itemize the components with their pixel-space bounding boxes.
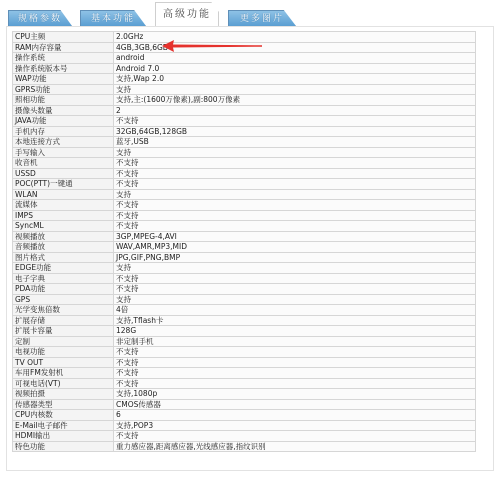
table-row: USSD不支持	[13, 168, 476, 179]
spec-key: 照相功能	[13, 95, 114, 106]
spec-value: 3GP,MPEG-4,AVI	[114, 231, 476, 242]
table-row: HDMI输出不支持	[13, 431, 476, 442]
spec-key: 收音机	[13, 158, 114, 169]
table-row: 扩展卡容量128G	[13, 326, 476, 337]
tab-specifications[interactable]: 规格参数	[8, 10, 72, 26]
spec-value: 不支持	[114, 357, 476, 368]
spec-key: 流媒体	[13, 200, 114, 211]
spec-key: 电子字典	[13, 273, 114, 284]
spec-value: 2	[114, 105, 476, 116]
table-row: 摄像头数量2	[13, 105, 476, 116]
table-row: 操作系统android	[13, 53, 476, 64]
spec-key: 操作系统版本号	[13, 63, 114, 74]
spec-value: 蓝牙,USB	[114, 137, 476, 148]
spec-value: 不支持	[114, 116, 476, 127]
spec-value: JPG,GIF,PNG,BMP	[114, 252, 476, 263]
table-row: SyncML不支持	[13, 221, 476, 232]
spec-value: 支持	[114, 263, 476, 274]
spec-key: JAVA功能	[13, 116, 114, 127]
spec-key: 扩展存储	[13, 315, 114, 326]
spec-value: 不支持	[114, 200, 476, 211]
tab-basic-features[interactable]: 基本功能	[80, 10, 146, 26]
spec-key: WAP功能	[13, 74, 114, 85]
spec-value: android	[114, 53, 476, 64]
table-row: 收音机不支持	[13, 158, 476, 169]
spec-value: 不支持	[114, 368, 476, 379]
spec-value: WAV,AMR,MP3,MID	[114, 242, 476, 253]
table-row: PDA功能不支持	[13, 284, 476, 295]
spec-key: 光学变焦倍数	[13, 305, 114, 316]
table-row: 视频播放3GP,MPEG-4,AVI	[13, 231, 476, 242]
spec-key: 特色功能	[13, 441, 114, 452]
spec-value: 支持	[114, 189, 476, 200]
spec-value: 不支持	[114, 179, 476, 190]
spec-key: 可视电话(VT)	[13, 378, 114, 389]
table-row: EDGE功能支持	[13, 263, 476, 274]
spec-value: 支持,Tflash卡	[114, 315, 476, 326]
table-row: GPRS功能支持	[13, 84, 476, 95]
table-row: POC(PTT)一键通不支持	[13, 179, 476, 190]
spec-key: GPS	[13, 294, 114, 305]
table-row: 图片格式JPG,GIF,PNG,BMP	[13, 252, 476, 263]
spec-value: 不支持	[114, 168, 476, 179]
tab-bar: 规格参数 基本功能 高级功能 更多图片	[0, 0, 500, 27]
table-row: 本地连接方式蓝牙,USB	[13, 137, 476, 148]
spec-value: 不支持	[114, 431, 476, 442]
table-row: 照相功能支持,主:(1600万像素),副:800万像素	[13, 95, 476, 106]
table-row: 电视功能不支持	[13, 347, 476, 358]
table-row: WLAN支持	[13, 189, 476, 200]
spec-value: 6	[114, 410, 476, 421]
spec-key: 扩展卡容量	[13, 326, 114, 337]
spec-key: 手机内存	[13, 126, 114, 137]
spec-key: USSD	[13, 168, 114, 179]
table-row: JAVA功能不支持	[13, 116, 476, 127]
spec-key: 手写输入	[13, 147, 114, 158]
spec-value: 重力感应器,距离感应器,光线感应器,指纹识别	[114, 441, 476, 452]
table-row: CPU内核数6	[13, 410, 476, 421]
table-row: E-Mail电子邮件支持,POP3	[13, 420, 476, 431]
spec-value: 128G	[114, 326, 476, 337]
table-row: 扩展存储支持,Tflash卡	[13, 315, 476, 326]
spec-key: HDMI输出	[13, 431, 114, 442]
table-row: 流媒体不支持	[13, 200, 476, 211]
spec-value: 不支持	[114, 284, 476, 295]
spec-key: E-Mail电子邮件	[13, 420, 114, 431]
spec-key: GPRS功能	[13, 84, 114, 95]
spec-key: 音频播放	[13, 242, 114, 253]
red-arrow-annotation	[162, 40, 262, 52]
spec-key: TV OUT	[13, 357, 114, 368]
spec-value: 32GB,64GB,128GB	[114, 126, 476, 137]
table-row: TV OUT不支持	[13, 357, 476, 368]
spec-key: 视频拍摄	[13, 389, 114, 400]
table-row: 定制非定制手机	[13, 336, 476, 347]
spec-value: 支持,Wap 2.0	[114, 74, 476, 85]
table-row: 可视电话(VT)不支持	[13, 378, 476, 389]
spec-key: CPU主频	[13, 32, 114, 43]
table-row: 手机内存32GB,64GB,128GB	[13, 126, 476, 137]
tab-advanced-features[interactable]: 高级功能	[155, 2, 219, 27]
spec-value: 不支持	[114, 273, 476, 284]
table-row: 特色功能重力感应器,距离感应器,光线感应器,指纹识别	[13, 441, 476, 452]
spec-value: 不支持	[114, 347, 476, 358]
spec-key: 电视功能	[13, 347, 114, 358]
spec-value: 4倍	[114, 305, 476, 316]
spec-key: PDA功能	[13, 284, 114, 295]
spec-value: 支持	[114, 147, 476, 158]
spec-key: EDGE功能	[13, 263, 114, 274]
spec-value: 不支持	[114, 221, 476, 232]
spec-key: RAM内存容量	[13, 42, 114, 53]
table-row: 车用FM发射机不支持	[13, 368, 476, 379]
table-row: 音频播放WAV,AMR,MP3,MID	[13, 242, 476, 253]
spec-key: 摄像头数量	[13, 105, 114, 116]
spec-key: 定制	[13, 336, 114, 347]
spec-table: CPU主频2.0GHzRAM内存容量4GB,3GB,6GB操作系统android…	[12, 31, 476, 452]
spec-value: 不支持	[114, 158, 476, 169]
spec-value: 支持	[114, 294, 476, 305]
spec-value: 不支持	[114, 210, 476, 221]
spec-value: 非定制手机	[114, 336, 476, 347]
spec-value: 支持,1080p	[114, 389, 476, 400]
table-row: WAP功能支持,Wap 2.0	[13, 74, 476, 85]
spec-value: 支持,POP3	[114, 420, 476, 431]
table-row: GPS支持	[13, 294, 476, 305]
spec-key: 传感器类型	[13, 399, 114, 410]
spec-key: 视频播放	[13, 231, 114, 242]
spec-key: 本地连接方式	[13, 137, 114, 148]
spec-value: 支持,主:(1600万像素),副:800万像素	[114, 95, 476, 106]
table-row: 电子字典不支持	[13, 273, 476, 284]
spec-key: 操作系统	[13, 53, 114, 64]
spec-key: SyncML	[13, 221, 114, 232]
spec-key: 车用FM发射机	[13, 368, 114, 379]
spec-key: IMPS	[13, 210, 114, 221]
tab-more-photos[interactable]: 更多图片	[228, 10, 296, 26]
spec-key: WLAN	[13, 189, 114, 200]
table-row: 光学变焦倍数4倍	[13, 305, 476, 316]
spec-key: 图片格式	[13, 252, 114, 263]
spec-key: POC(PTT)一键通	[13, 179, 114, 190]
table-row: 手写输入支持	[13, 147, 476, 158]
table-row: 传感器类型CMOS传感器	[13, 399, 476, 410]
table-row: 操作系统版本号Android 7.0	[13, 63, 476, 74]
table-row: IMPS不支持	[13, 210, 476, 221]
table-row: 视频拍摄支持,1080p	[13, 389, 476, 400]
spec-value: 不支持	[114, 378, 476, 389]
spec-value: Android 7.0	[114, 63, 476, 74]
spec-value: CMOS传感器	[114, 399, 476, 410]
spec-key: CPU内核数	[13, 410, 114, 421]
spec-value: 支持	[114, 84, 476, 95]
